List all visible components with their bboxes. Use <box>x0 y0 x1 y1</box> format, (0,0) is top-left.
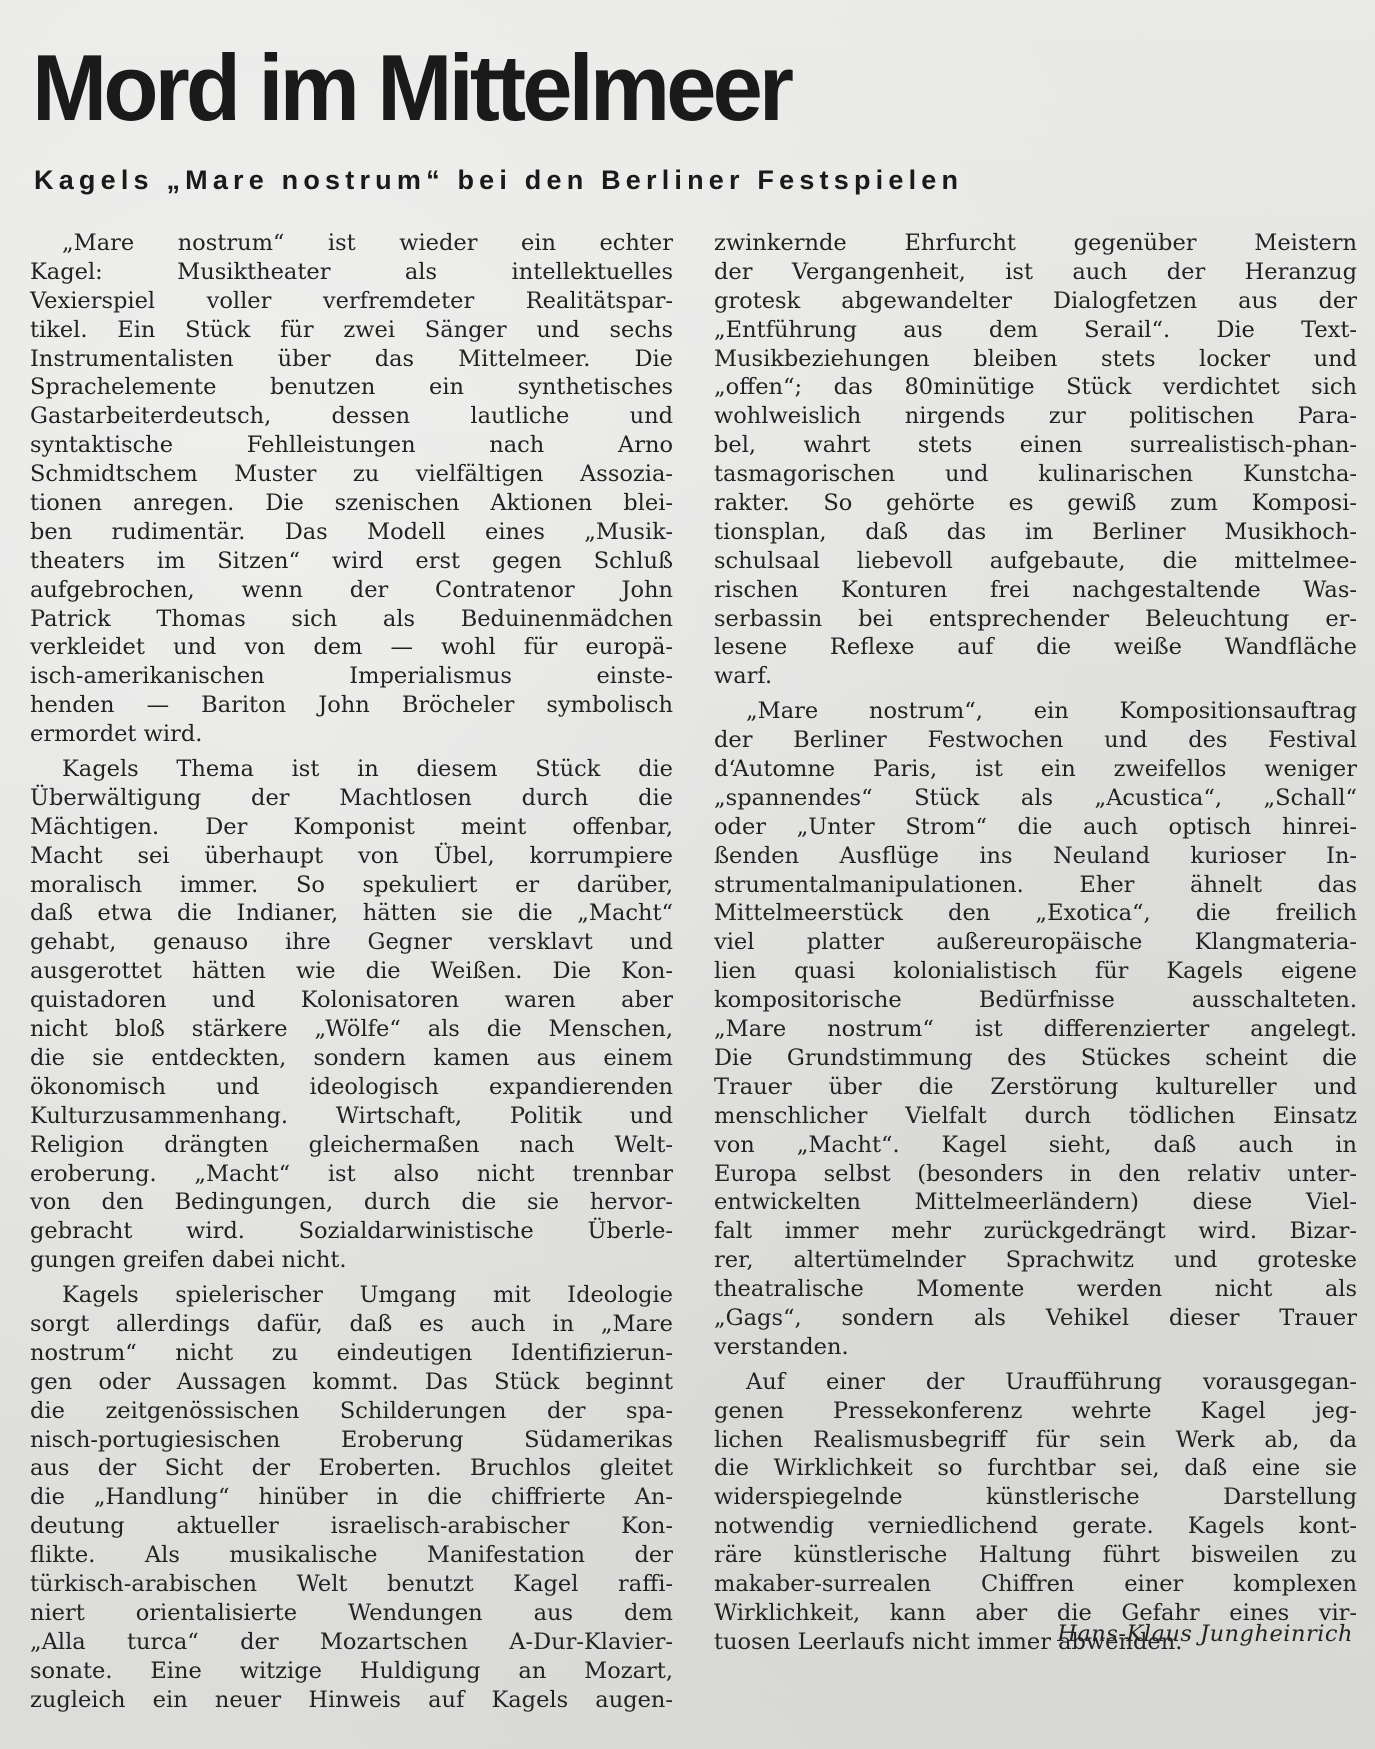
text-line: zugleich ein neuer Hinweis auf Kagels au… <box>30 1686 673 1715</box>
text-line: eroberung. „Macht“ ist also nicht trennb… <box>30 1160 673 1189</box>
text-line: „Entführung aus dem Serail“. Die Text- <box>714 316 1357 345</box>
text-line: ßenden Ausflüge ins Neuland kurioser In- <box>714 842 1357 871</box>
text-line: nicht bloß stärkere „Wölfe“ als die Mens… <box>30 1015 673 1044</box>
text-line: Europa selbst (besonders in den relativ … <box>714 1160 1357 1189</box>
text-line: tionen anregen. Die szenischen Aktionen … <box>30 489 673 518</box>
text-line: sonate. Eine witzige Huldigung an Mozart… <box>30 1657 673 1686</box>
text-line: ausgerottet hätten wie die Weißen. Die K… <box>30 957 673 986</box>
text-line: gehabt, genauso ihre Gegner versklavt un… <box>30 928 673 957</box>
text-line: tionsplan, daß das im Berliner Musikhoch… <box>714 518 1357 547</box>
text-line: falt immer mehr zurückgedrängt wird. Biz… <box>714 1217 1357 1246</box>
text-line: die zeitgenössischen Schilderungen der s… <box>30 1397 673 1426</box>
text-line: Patrick Thomas sich als Beduinenmädchen <box>30 605 673 634</box>
text-line: henden — Bariton John Bröcheler symbolis… <box>30 691 673 720</box>
article-column-right: zwinkernde Ehrfurcht gegenüber Meisternd… <box>714 229 1357 1657</box>
text-line: die „Handlung“ hinüber in die chiffriert… <box>30 1483 673 1512</box>
text-line: daß etwa die Indianer, hätten sie die „M… <box>30 899 673 928</box>
text-line: syntaktische Fehlleistungen nach Arno <box>30 431 673 460</box>
text-line: Schmidtschem Muster zu vielfältigen Asso… <box>30 460 673 489</box>
text-line: Kagels Thema ist in diesem Stück die <box>30 755 673 784</box>
text-line: Überwältigung der Machtlosen durch die <box>30 784 673 813</box>
text-line: nostrum“ nicht zu eindeutigen Identifizi… <box>30 1339 673 1368</box>
text-line: lichen Realismusbegriff für sein Werk ab… <box>714 1426 1357 1455</box>
text-line: entwickelten Mittelmeerländern) diese Vi… <box>714 1188 1357 1217</box>
text-line: rakter. So gehörte es gewiß zum Komposi- <box>714 489 1357 518</box>
text-line: verstanden. <box>714 1333 1357 1362</box>
text-line: flikte. Als musikalische Manifestation d… <box>30 1541 673 1570</box>
text-line: Religion drängten gleichermaßen nach Wel… <box>30 1131 673 1160</box>
text-line: menschlicher Vielfalt durch tödlichen Ei… <box>714 1102 1357 1131</box>
text-line: Kagel: Musiktheater als intellektuelles <box>30 258 673 287</box>
text-line: sorgt allerdings dafür, daß es auch in „… <box>30 1310 673 1339</box>
text-line: Kagels spielerischer Umgang mit Ideologi… <box>30 1281 673 1310</box>
text-line: serbassin bei entsprechender Beleuchtung… <box>714 605 1357 634</box>
text-line: Auf einer der Uraufführung vorausgegan- <box>714 1368 1357 1397</box>
text-line: zwinkernde Ehrfurcht gegenüber Meistern <box>714 229 1357 258</box>
text-line: der Vergangenheit, ist auch der Heranzug <box>714 258 1357 287</box>
text-line: Mächtigen. Der Komponist meint offenbar, <box>30 813 673 842</box>
text-line: ermordet wird. <box>30 720 673 749</box>
text-line: Vexierspiel voller verfremdeter Realität… <box>30 287 673 316</box>
text-line: rer, altertümelnder Sprachwitz und grote… <box>714 1246 1357 1275</box>
text-line: gen oder Aussagen kommt. Das Stück begin… <box>30 1368 673 1397</box>
article-paragraph: zwinkernde Ehrfurcht gegenüber Meisternd… <box>714 229 1357 691</box>
text-line: niert orientalisierte Wendungen aus dem <box>30 1599 673 1628</box>
text-line: theatralische Momente werden nicht als <box>714 1275 1357 1304</box>
text-line: „spannendes“ Stück als „Acustica“, „Scha… <box>714 784 1357 813</box>
text-line: räre künstlerische Haltung führt bisweil… <box>714 1541 1357 1570</box>
article-byline: Hans-Klaus Jungheinrich <box>1057 1621 1353 1647</box>
text-line: von „Macht“. Kagel sieht, daß auch in <box>714 1131 1357 1160</box>
text-line: Gastarbeiterdeutsch, dessen lautliche un… <box>30 402 673 431</box>
text-line: warf. <box>714 662 1357 691</box>
text-line: isch-amerikanischen Imperialismus einste… <box>30 662 673 691</box>
text-line: die sie entdeckten, sondern kamen aus ei… <box>30 1044 673 1073</box>
text-line: tikel. Ein Stück für zwei Sänger und sec… <box>30 316 673 345</box>
text-line: wohlweislich nirgends zur politischen Pa… <box>714 402 1357 431</box>
text-line: kompositorische Bedürfnisse ausschaltete… <box>714 986 1357 1015</box>
text-line: gungen greifen dabei nicht. <box>30 1246 673 1275</box>
text-line: „Mare nostrum“, ein Kompositionsauftrag <box>714 697 1357 726</box>
text-line: grotesk abgewandelter Dialogfetzen aus d… <box>714 287 1357 316</box>
text-line: makaber-surrealen Chiffren einer komplex… <box>714 1570 1357 1599</box>
text-line: theaters im Sitzen“ wird erst gegen Schl… <box>30 547 673 576</box>
text-line: moralisch immer. So spekuliert er darübe… <box>30 871 673 900</box>
text-line: deutung aktueller israelisch-arabischer … <box>30 1512 673 1541</box>
article-paragraph: Kagels Thema ist in diesem Stück dieÜber… <box>30 755 673 1275</box>
text-line: widerspiegelnde künstlerische Darstellun… <box>714 1483 1357 1512</box>
text-line: Mittelmeerstück den „Exotica“, die freil… <box>714 899 1357 928</box>
text-line: viel platter außereuropäische Klangmater… <box>714 928 1357 957</box>
text-line: bel, wahrt stets einen surrealistisch-ph… <box>714 431 1357 460</box>
text-line: ben rudimentär. Das Modell eines „Musik- <box>30 518 673 547</box>
article-column-left: „Mare nostrum“ ist wieder ein echterKage… <box>30 229 673 1714</box>
text-line: „offen“; das 80minütige Stück verdichtet… <box>714 373 1357 402</box>
article-headline: Mord im Mittelmeer <box>32 38 790 138</box>
text-line: nisch-portugiesischen Eroberung Südameri… <box>30 1426 673 1455</box>
article-subheadline: Kagels „Mare nostrum“ bei den Berliner F… <box>34 163 963 197</box>
text-line: „Gags“, sondern als Vehikel dieser Traue… <box>714 1304 1357 1333</box>
text-line: ökonomisch und ideologisch expandierende… <box>30 1073 673 1102</box>
article-paragraph: Kagels spielerischer Umgang mit Ideologi… <box>30 1281 673 1714</box>
text-line: rischen Konturen frei nachgestaltende Wa… <box>714 576 1357 605</box>
text-line: aus der Sicht der Eroberten. Bruchlos gl… <box>30 1454 673 1483</box>
text-line: von den Bedingungen, durch die sie hervo… <box>30 1188 673 1217</box>
text-line: „Mare nostrum“ ist differenzierter angel… <box>714 1015 1357 1044</box>
text-line: die Wirklichkeit so furchtbar sei, daß e… <box>714 1454 1357 1483</box>
text-line: Kulturzusammenhang. Wirtschaft, Politik … <box>30 1102 673 1131</box>
text-line: strumentalmanipulationen. Eher ähnelt da… <box>714 871 1357 900</box>
text-line: „Alla turca“ der Mozartschen A-Dur-Klavi… <box>30 1628 673 1657</box>
text-line: türkisch-arabischen Welt benutzt Kagel r… <box>30 1570 673 1599</box>
text-line: Die Grundstimmung des Stückes scheint di… <box>714 1044 1357 1073</box>
text-line: lesene Reflexe auf die weiße Wandfläche <box>714 633 1357 662</box>
text-line: der Berliner Festwochen und des Festival <box>714 726 1357 755</box>
text-line: oder „Unter Strom“ die auch optisch hinr… <box>714 813 1357 842</box>
text-line: lien quasi kolonialistisch für Kagels ei… <box>714 957 1357 986</box>
article-paragraph: „Mare nostrum“, ein Kompositionsauftragd… <box>714 697 1357 1361</box>
text-line: „Mare nostrum“ ist wieder ein echter <box>30 229 673 258</box>
text-line: aufgebrochen, wenn der Contratenor John <box>30 576 673 605</box>
article-paragraph: Auf einer der Uraufführung vorausgegan-g… <box>714 1368 1357 1657</box>
text-line: Instrumentalisten über das Mittelmeer. D… <box>30 345 673 374</box>
text-line: quistadoren und Kolonisatoren waren aber <box>30 986 673 1015</box>
text-line: verkleidet und von dem — wohl für europä… <box>30 633 673 662</box>
text-line: gebracht wird. Sozialdarwinistische Über… <box>30 1217 673 1246</box>
text-line: d‘Automne Paris, ist ein zweifellos weni… <box>714 755 1357 784</box>
text-line: Musikbeziehungen bleiben stets locker un… <box>714 345 1357 374</box>
text-line: tasmagorischen und kulinarischen Kunstch… <box>714 460 1357 489</box>
text-line: schulsaal liebevoll aufgebaute, die mitt… <box>714 547 1357 576</box>
text-line: Macht sei überhaupt von Übel, korrumpier… <box>30 842 673 871</box>
text-line: Trauer über die Zerstörung kultureller u… <box>714 1073 1357 1102</box>
text-line: genen Pressekonferenz wehrte Kagel jeg- <box>714 1397 1357 1426</box>
text-line: notwendig verniedlichend gerate. Kagels … <box>714 1512 1357 1541</box>
text-line: Sprachelemente benutzen ein synthetische… <box>30 373 673 402</box>
article-paragraph: „Mare nostrum“ ist wieder ein echterKage… <box>30 229 673 749</box>
